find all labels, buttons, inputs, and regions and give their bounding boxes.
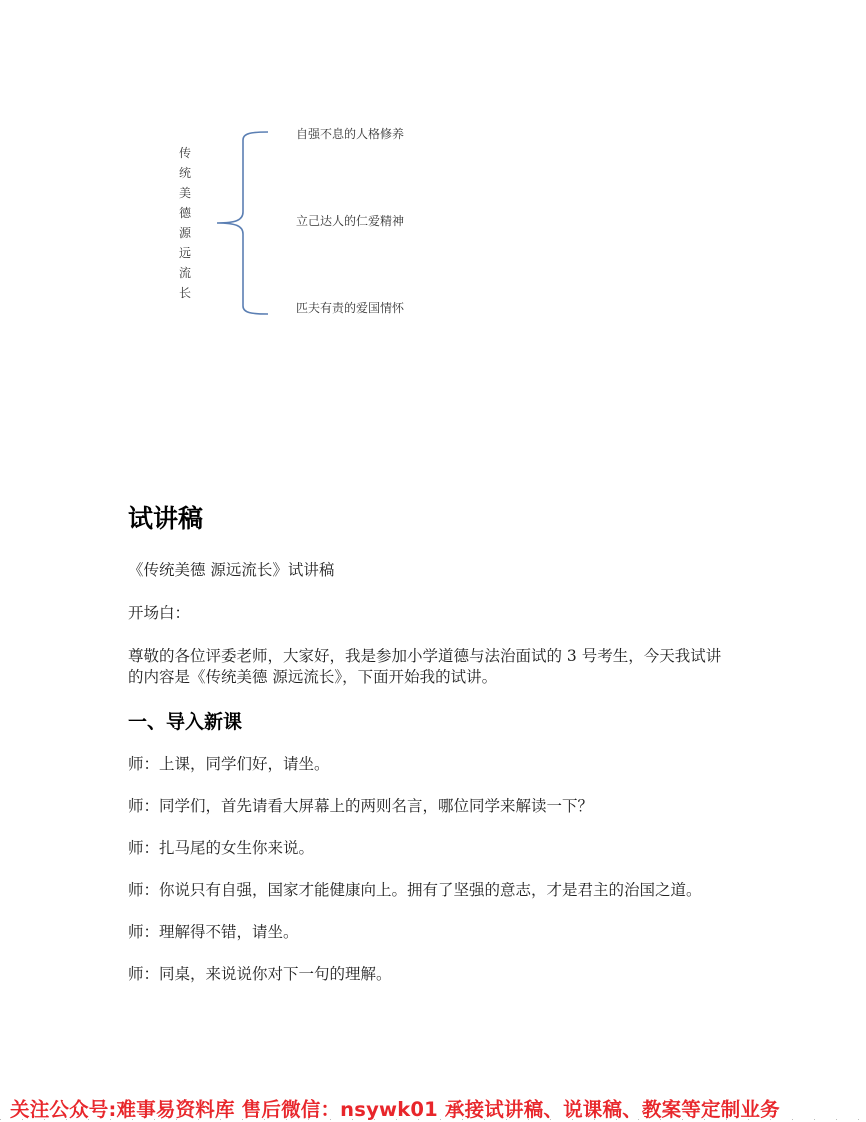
root-char: 远 xyxy=(177,243,193,263)
document-title: 试讲稿 xyxy=(128,502,728,536)
footer-divider xyxy=(0,1119,866,1120)
mind-map-diagram: 传 统 美 德 源 远 流 长 自强不息的人格修养 立己达人的仁爱精神 匹夫有责… xyxy=(0,0,866,340)
dialog-line: 师：上课，同学们好，请坐。 xyxy=(128,754,728,775)
diagram-root-label: 传 统 美 德 源 远 流 长 xyxy=(177,143,193,303)
document-body: 试讲稿 《传统美德 源远流长》试讲稿 开场白： 尊敬的各位评委老师，大家好，我是… xyxy=(128,502,728,985)
dialog-line: 师：你说只有自强，国家才能健康向上。拥有了坚强的意志，才是君主的治国之道。 xyxy=(128,880,728,901)
section-heading: 一、导入新课 xyxy=(128,708,728,736)
dialog-line: 师：扎马尾的女生你来说。 xyxy=(128,838,728,859)
root-char: 长 xyxy=(177,283,193,303)
footer-watermark: 关注公众号:难事易资料库 售后微信：nsywk01 承接试讲稿、说课稿、教案等定… xyxy=(0,1092,866,1122)
root-char: 流 xyxy=(177,263,193,283)
dialog-list: 师：上课，同学们好，请坐。 师：同学们，首先请看大屏幕上的两则名言，哪位同学来解… xyxy=(128,754,728,985)
root-char: 美 xyxy=(177,183,193,203)
dialog-line: 师：理解得不错，请坐。 xyxy=(128,922,728,943)
dialog-line: 师：同桌，来说说你对下一句的理解。 xyxy=(128,964,728,985)
root-char: 德 xyxy=(177,203,193,223)
document-subtitle: 《传统美德 源远流长》试讲稿 xyxy=(128,560,728,581)
root-char: 统 xyxy=(177,163,193,183)
curly-brace-icon xyxy=(212,128,272,320)
intro-paragraph: 尊敬的各位评委老师，大家好，我是参加小学道德与法治面试的 3 号考生，今天我试讲… xyxy=(128,646,728,688)
watermark-text: 关注公众号:难事易资料库 售后微信：nsywk01 承接试讲稿、说课稿、教案等定… xyxy=(10,1094,780,1122)
branch-label: 立己达人的仁爱精神 xyxy=(296,212,404,229)
root-char: 传 xyxy=(177,143,193,163)
branch-label: 匹夫有责的爱国情怀 xyxy=(296,299,404,316)
dialog-line: 师：同学们，首先请看大屏幕上的两则名言，哪位同学来解读一下？ xyxy=(128,796,728,817)
opening-label: 开场白： xyxy=(128,603,728,624)
branch-label: 自强不息的人格修养 xyxy=(296,125,404,142)
root-char: 源 xyxy=(177,223,193,243)
